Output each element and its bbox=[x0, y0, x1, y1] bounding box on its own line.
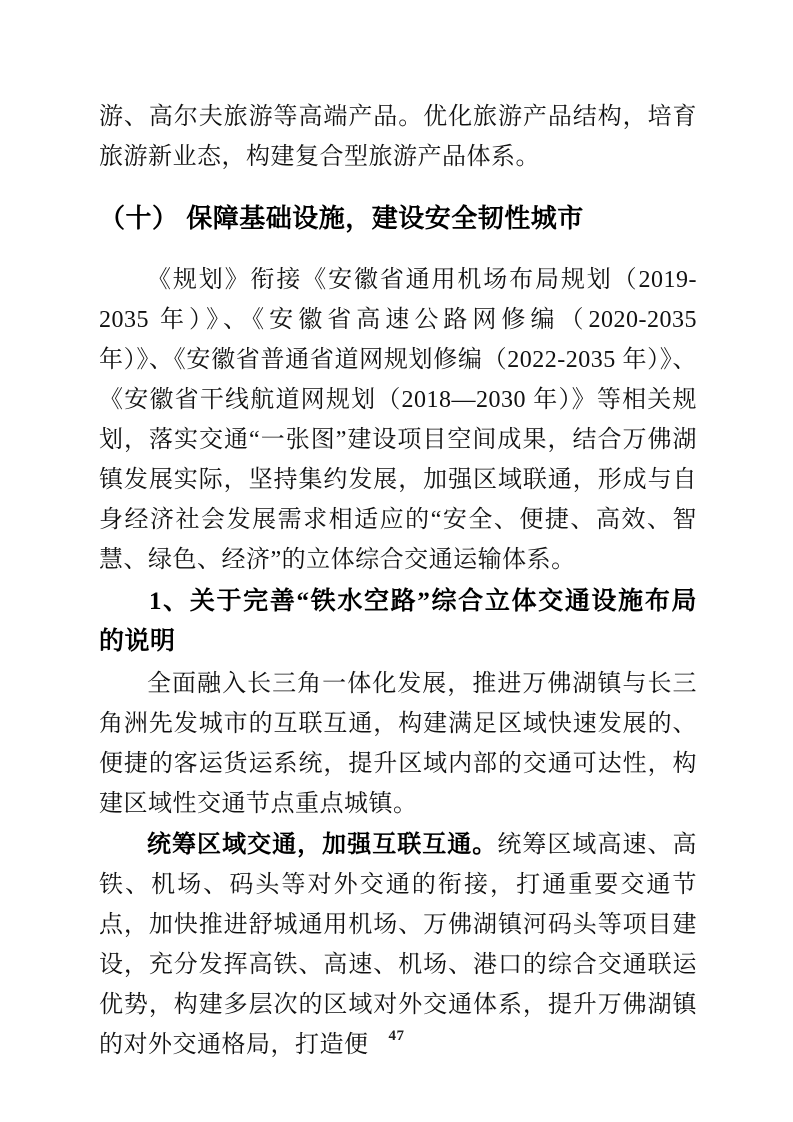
subsection-heading: 1、关于完善“铁水空路”综合立体交通设施布局的说明 bbox=[99, 582, 697, 662]
paragraph-body-text: 统筹区域高速、高铁、机场、码头等对外交通的衔接，打通重要交通节点，加快推进舒城通… bbox=[99, 832, 697, 1058]
paragraph-planning-alignment: 《规划》衔接《安徽省通用机场布局规划（2019-2035 年）》、《安徽省高速公… bbox=[99, 260, 697, 580]
section-heading: （十） 保障基础设施，建设安全韧性城市 bbox=[99, 198, 697, 238]
page-number: 47 bbox=[0, 1028, 793, 1045]
paragraph-lead-bold: 统筹区域交通，加强互联互通。 bbox=[147, 832, 497, 858]
document-page: 游、高尔夫旅游等高端产品。优化旅游产品结构，培育旅游新业态，构建复合型旅游产品体… bbox=[0, 0, 793, 1122]
document-content: 游、高尔夫旅游等高端产品。优化旅游产品结构，培育旅游新业态，构建复合型旅游产品体… bbox=[99, 97, 697, 1065]
paragraph-tourism-continuation: 游、高尔夫旅游等高端产品。优化旅游产品结构，培育旅游新业态，构建复合型旅游产品体… bbox=[99, 97, 697, 177]
paragraph-regional-integration: 全面融入长三角一体化发展，推进万佛湖镇与长三角洲先发城市的互联互通，构建满足区域… bbox=[99, 664, 697, 824]
